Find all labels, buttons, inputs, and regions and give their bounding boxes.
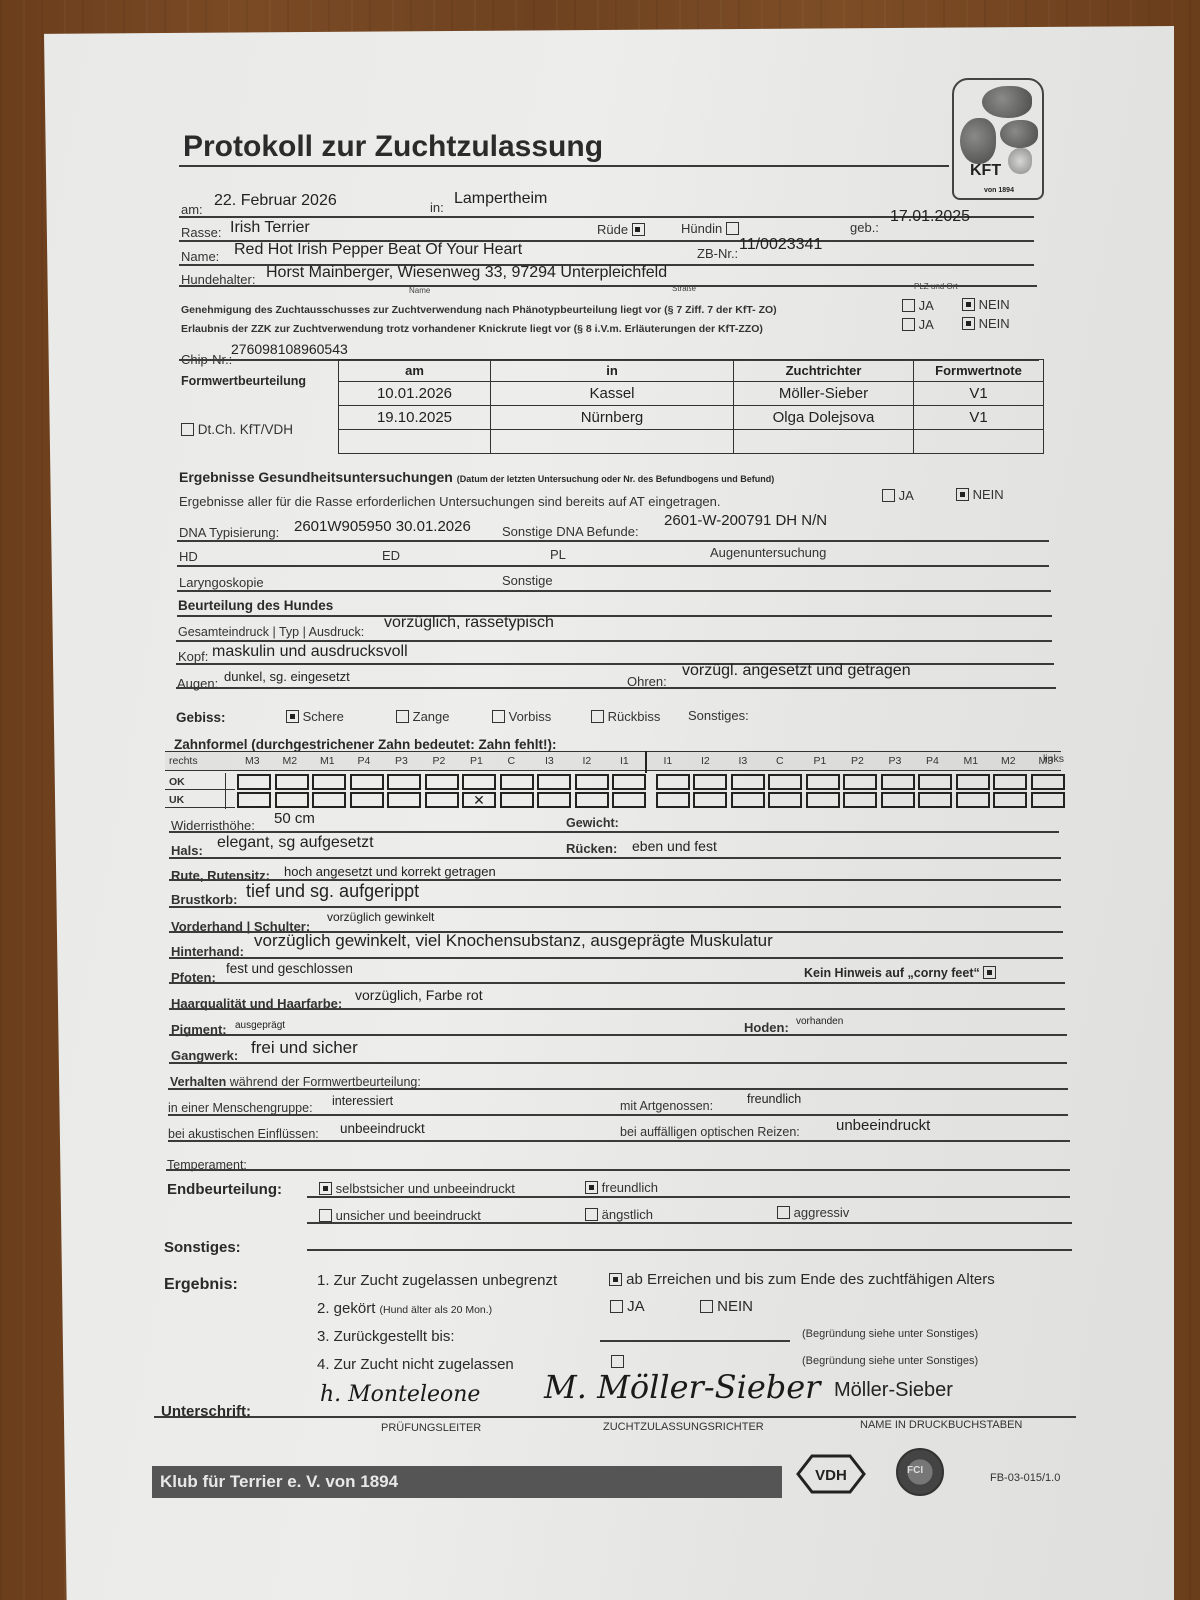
tooth-box-ok[interactable] xyxy=(843,774,877,790)
ja-label: JA xyxy=(919,317,934,332)
approval-2-nein[interactable]: NEIN xyxy=(962,316,1010,331)
male-label: Rüde xyxy=(597,222,628,237)
rule xyxy=(169,1008,1065,1010)
result-item-3-note: (Begründung siehe unter Sonstiges) xyxy=(802,1328,978,1340)
yorkie-head-icon xyxy=(1008,148,1032,174)
terrier-head-icon xyxy=(982,86,1032,118)
at-text: Ergebnisse aller für die Rasse erforderl… xyxy=(179,494,721,509)
laryn-label: Laryngoskopie xyxy=(179,575,264,590)
ed-label: ED xyxy=(382,548,400,563)
other-dna-label: Sonstige DNA Befunde: xyxy=(502,524,639,539)
tooth-box-uk[interactable] xyxy=(993,792,1027,808)
tooth-box-ok[interactable] xyxy=(993,774,1027,790)
final-option-aggressive[interactable]: aggressiv xyxy=(777,1205,849,1220)
final-option-friendly[interactable]: freundlich xyxy=(585,1180,658,1195)
bite-option-rueckbiss[interactable]: Rückbiss xyxy=(591,709,660,724)
dna-value[interactable]: 2601W905950 30.01.2026 xyxy=(294,518,471,535)
chip-value[interactable]: 276098108960543 xyxy=(231,341,348,357)
tooth-header: I2 xyxy=(583,755,592,767)
overall-label: Gesamteindruck | Typ | Ausdruck: xyxy=(178,625,364,639)
cell-date[interactable]: 19.10.2025 xyxy=(339,406,491,430)
tooth-box-uk[interactable] xyxy=(237,792,271,808)
coat-value[interactable]: vorzüglich, Farbe rot xyxy=(355,987,483,1003)
date-label: am: xyxy=(181,202,203,217)
height-value[interactable]: 50 cm xyxy=(274,810,315,827)
bite-label: Gebiss: xyxy=(176,710,226,725)
weight-label: Gewicht: xyxy=(566,816,619,830)
aggressive-checkbox[interactable] xyxy=(777,1206,790,1219)
tooth-box-uk[interactable] xyxy=(275,792,309,808)
male-option[interactable]: Rüde xyxy=(597,222,645,237)
optical-value[interactable]: unbeeindruckt xyxy=(836,1117,930,1134)
table-row: 10.01.2026 Kassel Möller-Sieber V1 xyxy=(339,382,1044,406)
result-item-1: 1. Zur Zucht zugelassen unbegrenzt xyxy=(317,1272,557,1289)
final-option-anxious[interactable]: ängstlich xyxy=(585,1207,653,1222)
breed-value[interactable]: Irish Terrier xyxy=(230,219,310,237)
cell-judge[interactable] xyxy=(734,430,914,454)
pigment-value[interactable]: ausgeprägt xyxy=(235,1020,285,1031)
uk-label: UK xyxy=(169,794,184,806)
champion-option[interactable]: Dt.Ch. KfT/VDH xyxy=(181,422,293,437)
final-option-selfconfident[interactable]: selbstsicher und unbeeindruckt xyxy=(319,1181,515,1196)
head-label: Kopf: xyxy=(178,649,208,664)
insecure-checkbox[interactable] xyxy=(319,1209,332,1222)
corny-option[interactable]: Kein Hinweis auf „corny feet“ xyxy=(804,966,996,980)
insecure-label: unsicher und beeindruckt xyxy=(336,1208,481,1223)
role-judge: ZUCHTZULASSUNGSRICHTER xyxy=(603,1421,764,1433)
tooth-header: I2 xyxy=(701,755,710,767)
rule xyxy=(169,1062,1067,1064)
tooth-header: I1 xyxy=(620,755,629,767)
form-code: FB-03-015/1.0 xyxy=(990,1472,1060,1484)
tooth-box-ok[interactable] xyxy=(312,774,346,790)
tooth-box-ok[interactable] xyxy=(462,774,496,790)
tooth-box-uk[interactable] xyxy=(612,792,646,808)
nein-label: NEIN xyxy=(979,297,1010,312)
role-examiner: PRÜFUNGSLEITER xyxy=(381,1422,481,1434)
female-label: Hündin xyxy=(681,221,722,236)
tooth-header: P2 xyxy=(851,755,864,767)
approval-1-nein[interactable]: NEIN xyxy=(962,297,1010,312)
tooth-box-ok[interactable] xyxy=(806,774,840,790)
formwert-label: Formwertbeurteilung xyxy=(181,374,306,388)
testicles-label: Hoden: xyxy=(744,1020,789,1035)
rule xyxy=(307,1249,1072,1251)
name-label: Name: xyxy=(181,249,219,264)
rear-value[interactable]: vorzüglich gewinkelt, viel Knochensubsta… xyxy=(254,931,773,951)
bite-option-zange[interactable]: Zange xyxy=(396,709,450,724)
fci-logo-icon: FCI xyxy=(896,1448,944,1496)
cell-grade[interactable]: V1 xyxy=(914,382,1044,406)
tooth-header: P4 xyxy=(358,755,371,767)
vorbiss-checkbox[interactable] xyxy=(492,710,505,723)
rueckbiss-label: Rückbiss xyxy=(608,709,661,724)
result-item-2: 2. gekört (Hund älter als 20 Mon.) xyxy=(317,1300,492,1317)
koer-nein-checkbox[interactable] xyxy=(700,1300,713,1313)
rule xyxy=(169,982,1065,984)
rule xyxy=(177,590,1051,592)
final-label: Endbeurteilung: xyxy=(167,1181,282,1198)
friendly-checkbox[interactable] xyxy=(585,1181,598,1194)
kft-logo: KFT von 1894 xyxy=(952,78,1044,200)
rule xyxy=(169,857,1061,859)
result-item-1-checkbox[interactable] xyxy=(609,1273,622,1286)
cell-grade[interactable] xyxy=(914,430,1044,454)
dna-label: DNA Typisierung: xyxy=(179,525,279,540)
table-row xyxy=(339,430,1044,454)
deferred-until-field[interactable] xyxy=(600,1340,790,1342)
cell-date[interactable]: 10.01.2026 xyxy=(339,382,491,406)
tooth-box-ok[interactable] xyxy=(731,774,765,790)
cell-judge[interactable]: Olga Dolejsova xyxy=(734,406,914,430)
eyes-label: Augen: xyxy=(177,676,218,691)
corny-label: Kein Hinweis auf „corny feet“ xyxy=(804,966,980,980)
female-option[interactable]: Hündin xyxy=(681,221,739,236)
tooth-box-ok[interactable] xyxy=(537,774,571,790)
rueckbiss-checkbox[interactable] xyxy=(591,710,604,723)
tooth-box-uk[interactable] xyxy=(425,792,459,808)
place-label: in: xyxy=(430,200,444,215)
rule xyxy=(177,565,1049,567)
result-item-2-label: 2. gekört xyxy=(317,1300,375,1317)
dogs-value[interactable]: freundlich xyxy=(747,1092,801,1106)
nein-label: NEIN xyxy=(973,487,1004,502)
rule xyxy=(169,1034,1067,1036)
sub-plz: PLZ und Ort xyxy=(914,282,958,291)
schere-checkbox[interactable] xyxy=(286,710,299,723)
ears-value[interactable]: vorzügl. angesetzt und getragen xyxy=(682,662,911,680)
tooth-box-ok[interactable] xyxy=(275,774,309,790)
group-value[interactable]: interessiert xyxy=(332,1094,393,1108)
rule xyxy=(168,1140,1070,1142)
anxious-checkbox[interactable] xyxy=(585,1208,598,1221)
neck-value[interactable]: elegant, sg aufgesetzt xyxy=(217,834,374,852)
zb-label: ZB-Nr.: xyxy=(697,246,738,261)
result-item-1-option[interactable]: ab Erreichen und bis zum Ende des zuchtf… xyxy=(609,1271,995,1288)
rule xyxy=(169,831,1059,833)
tooth-box-uk-missing[interactable]: ✕ xyxy=(462,792,496,808)
tooth-header: P3 xyxy=(889,755,902,767)
optical-label: bei auffälligen optischen Reizen: xyxy=(620,1125,800,1139)
chest-label: Brustkorb: xyxy=(171,892,237,907)
tooth-box-ok[interactable] xyxy=(500,774,534,790)
champion-checkbox[interactable] xyxy=(181,423,194,436)
selfconfident-checkbox[interactable] xyxy=(319,1182,332,1195)
result-label: Ergebnis: xyxy=(164,1276,238,1294)
tooth-header: M1 xyxy=(320,755,335,767)
tooth-header: C xyxy=(776,755,784,767)
zange-label: Zange xyxy=(413,709,450,724)
male-checkbox[interactable] xyxy=(632,223,645,236)
rule xyxy=(176,640,1052,642)
behavior-title: Verhalten während der Formwertbeurteilun… xyxy=(170,1075,421,1089)
tooth-box-uk[interactable] xyxy=(350,792,384,808)
not-approved-checkbox[interactable] xyxy=(611,1355,624,1368)
teeth-col-divider xyxy=(225,773,226,809)
ja-label: JA xyxy=(627,1298,645,1315)
col-judge: Zuchtrichter xyxy=(734,360,914,382)
at-nein-checkbox[interactable] xyxy=(956,488,969,501)
tooth-box-uk[interactable] xyxy=(500,792,534,808)
club-footer-bar: Klub für Terrier e. V. von 1894 xyxy=(152,1466,782,1498)
dog-name-value[interactable]: Red Hot Irish Pepper Beat Of Your Heart xyxy=(234,241,522,259)
tooth-header: I1 xyxy=(664,755,673,767)
group-label: in einer Menschengruppe: xyxy=(168,1101,313,1115)
rule xyxy=(307,1222,1072,1224)
behavior-title-rest: während der Formwertbeurteilung: xyxy=(230,1075,421,1089)
selfconfident-label: selbstsicher und unbeeindruckt xyxy=(336,1181,515,1196)
tooth-header: C xyxy=(508,755,516,767)
tooth-box-uk[interactable] xyxy=(731,792,765,808)
rule xyxy=(166,1169,1070,1171)
approval-1-ja-checkbox[interactable] xyxy=(902,299,915,312)
tooth-box-ok[interactable] xyxy=(425,774,459,790)
cell-place[interactable]: Nürnberg xyxy=(491,406,734,430)
printed-name[interactable]: Möller-Sieber xyxy=(834,1379,953,1402)
cell-date[interactable] xyxy=(339,430,491,454)
tooth-header: P2 xyxy=(433,755,446,767)
place-value[interactable]: Lampertheim xyxy=(454,190,547,208)
tooth-header: I3 xyxy=(739,755,748,767)
eyes-value[interactable]: dunkel, sg. eingesetzt xyxy=(224,669,350,684)
tooth-box-ok[interactable] xyxy=(956,774,990,790)
birth-label: geb.: xyxy=(850,220,879,235)
teeth-chart: rechtslinksM3M2M1P4P3P2P1CI3I2I1I1I2I3CP… xyxy=(165,749,1061,815)
eye-label: Augenuntersuchung xyxy=(710,545,826,560)
bite-option-vorbiss[interactable]: Vorbiss xyxy=(492,709,551,724)
nein-label: NEIN xyxy=(979,316,1010,331)
signature-examiner: h. Monteleone xyxy=(320,1382,480,1407)
tooth-box-uk[interactable] xyxy=(693,792,727,808)
assessment-title: Beurteilung des Hundes xyxy=(178,598,333,613)
scottie-head-icon xyxy=(960,118,996,164)
tooth-header: M3 xyxy=(1039,755,1054,767)
tooth-box-uk[interactable] xyxy=(575,792,609,808)
champion-label: Dt.Ch. KfT/VDH xyxy=(198,422,293,437)
dogs-label: mit Artgenossen: xyxy=(620,1099,713,1113)
tooth-header: M2 xyxy=(1001,755,1016,767)
tooth-box-uk[interactable] xyxy=(768,792,802,808)
teeth-right-label: rechts xyxy=(169,755,198,767)
tooth-box-uk[interactable] xyxy=(387,792,421,808)
role-printed-name: NAME IN DRUCKBUCHSTABEN xyxy=(860,1419,1022,1431)
table-row: 19.10.2025 Nürnberg Olga Dolejsova V1 xyxy=(339,406,1044,430)
back-label: Rücken: xyxy=(566,841,617,856)
sub-street: Straße xyxy=(672,284,696,293)
birth-value[interactable]: 17.01.2025 xyxy=(890,208,970,226)
logo-text: KFT xyxy=(970,162,1001,180)
result-item-2-ja[interactable]: JA xyxy=(610,1298,645,1315)
breed-label: Rasse: xyxy=(181,225,221,240)
col-am: am xyxy=(339,360,491,382)
behavior-title-bold: Verhalten xyxy=(170,1075,226,1089)
rule xyxy=(307,1196,1070,1198)
rule xyxy=(168,1114,1068,1116)
anxious-label: ängstlich xyxy=(602,1207,653,1222)
tooth-box-ok[interactable] xyxy=(693,774,727,790)
cell-place[interactable] xyxy=(491,430,734,454)
approval-1-ja[interactable]: JA xyxy=(902,298,934,313)
tooth-box-ok[interactable] xyxy=(918,774,952,790)
acoustic-label: bei akustischen Einflüssen: xyxy=(168,1127,319,1141)
tooth-box-ok[interactable] xyxy=(575,774,609,790)
gait-label: Gangwerk: xyxy=(171,1048,238,1063)
at-nein[interactable]: NEIN xyxy=(956,487,1004,502)
owner-value[interactable]: Horst Mainberger, Wiesenweg 33, 97294 Un… xyxy=(266,264,667,282)
tooth-header: M2 xyxy=(283,755,298,767)
corny-checkbox[interactable] xyxy=(983,966,996,979)
tooth-header: P3 xyxy=(395,755,408,767)
vorbiss-label: Vorbiss xyxy=(509,709,552,724)
date-value[interactable]: 22. Februar 2026 xyxy=(214,192,337,210)
result-item-2-note: (Hund älter als 20 Mon.) xyxy=(380,1304,493,1316)
approval-text-2: Erlaubnis der ZZK zur Zuchtverwendung tr… xyxy=(181,323,763,335)
at-ja[interactable]: JA xyxy=(882,488,914,503)
acoustic-value[interactable]: unbeeindruckt xyxy=(340,1121,425,1136)
tooth-box-ok[interactable] xyxy=(237,774,271,790)
testicles-value[interactable]: vorhanden xyxy=(796,1016,843,1027)
front-value[interactable]: vorzüglich gewinkelt xyxy=(327,910,434,924)
rule xyxy=(177,615,1052,617)
final-other-label: Sonstiges: xyxy=(164,1239,241,1256)
tooth-header: M3 xyxy=(245,755,260,767)
result-item-1-option-label: ab Erreichen und bis zum Ende des zuchtf… xyxy=(626,1271,995,1288)
rule xyxy=(168,1088,1068,1090)
rule xyxy=(169,906,1061,908)
sub-name: Name xyxy=(409,286,430,295)
formwert-table: am in Zuchtrichter Formwertnote 10.01.20… xyxy=(338,359,1044,454)
tooth-box-ok[interactable] xyxy=(881,774,915,790)
aggressive-label: aggressiv xyxy=(794,1205,850,1220)
nein-label: NEIN xyxy=(717,1298,753,1315)
pl-label: PL xyxy=(550,547,566,562)
other-dna-value[interactable]: 2601-W-200791 DH N/N xyxy=(664,512,827,529)
tooth-header: P4 xyxy=(926,755,939,767)
tooth-box-ok[interactable] xyxy=(387,774,421,790)
tooth-header: I3 xyxy=(545,755,554,767)
final-option-insecure[interactable]: unsicher und beeindruckt xyxy=(319,1208,481,1223)
tooth-box-uk[interactable] xyxy=(1031,792,1065,808)
approval-1-nein-checkbox[interactable] xyxy=(962,298,975,311)
signature-judge: M. Möller-Sieber xyxy=(544,1368,820,1406)
tooth-header: P1 xyxy=(470,755,483,767)
tooth-box-uk[interactable] xyxy=(312,792,346,808)
bite-other-label: Sonstiges: xyxy=(688,708,749,723)
hd-label: HD xyxy=(179,549,198,564)
tooth-box-uk[interactable] xyxy=(843,792,877,808)
tooth-box-ok[interactable] xyxy=(612,774,646,790)
ja-label: JA xyxy=(899,488,914,503)
bite-option-schere[interactable]: Schere xyxy=(286,709,344,724)
col-grade: Formwertnote xyxy=(914,360,1044,382)
tooth-box-ok[interactable] xyxy=(350,774,384,790)
back-value[interactable]: eben und fest xyxy=(632,838,717,854)
result-item-3: 3. Zurückgestellt bis: xyxy=(317,1328,455,1345)
rule xyxy=(179,285,1037,287)
title-underline xyxy=(179,165,949,167)
koer-ja-checkbox[interactable] xyxy=(610,1300,623,1313)
tooth-box-uk[interactable] xyxy=(956,792,990,808)
tooth-box-uk[interactable] xyxy=(918,792,952,808)
neck-label: Hals: xyxy=(171,843,203,858)
approval-2-nein-checkbox[interactable] xyxy=(962,317,975,330)
tooth-box-uk[interactable] xyxy=(537,792,571,808)
approval-2-ja[interactable]: JA xyxy=(902,317,934,332)
result-item-4: 4. Zur Zucht nicht zugelassen xyxy=(317,1356,514,1373)
schere-label: Schere xyxy=(303,709,344,724)
at-ja-checkbox[interactable] xyxy=(882,489,895,502)
friendly-label: freundlich xyxy=(602,1180,658,1195)
approval-2-ja-checkbox[interactable] xyxy=(902,318,915,331)
vdh-logo-icon: VDH xyxy=(794,1452,868,1496)
teeth-midline xyxy=(645,751,647,773)
health-title-text: Ergebnisse Gesundheitsuntersuchungen xyxy=(179,469,453,485)
chest-value[interactable]: tief und sg. aufgerippt xyxy=(246,881,419,902)
head-value[interactable]: maskulin und ausdrucksvoll xyxy=(212,643,408,661)
fci-logo-text: FCI xyxy=(907,1465,923,1476)
terrier-head-icon-2 xyxy=(1000,120,1038,148)
health-title-note: (Datum der letzten Untersuchung oder Nr.… xyxy=(457,474,775,484)
tooth-box-ok[interactable] xyxy=(768,774,802,790)
health-title: Ergebnisse Gesundheitsuntersuchungen (Da… xyxy=(179,469,774,485)
tooth-header: P1 xyxy=(814,755,827,767)
paws-value[interactable]: fest und geschlossen xyxy=(226,961,353,976)
col-in: in xyxy=(491,360,734,382)
rule xyxy=(177,540,1049,542)
rule xyxy=(169,957,1063,959)
cell-place[interactable]: Kassel xyxy=(491,382,734,406)
female-checkbox[interactable] xyxy=(726,222,739,235)
tooth-box-ok[interactable] xyxy=(1031,774,1065,790)
ja-label: JA xyxy=(919,298,934,313)
rule xyxy=(176,663,1054,665)
tooth-header: M1 xyxy=(964,755,979,767)
tail-value[interactable]: hoch angesetzt und korrekt getragen xyxy=(284,864,496,879)
formwert-header-row: am in Zuchtrichter Formwertnote xyxy=(339,360,1044,382)
ok-label: OK xyxy=(169,776,185,788)
document-sheet: Protokoll zur Zuchtzulassung KFT von 189… xyxy=(44,26,1174,1600)
zange-checkbox[interactable] xyxy=(396,710,409,723)
rule xyxy=(176,687,1056,689)
svg-text:VDH: VDH xyxy=(815,1467,847,1484)
tooth-box-uk[interactable] xyxy=(656,792,690,808)
overall-value[interactable]: vorzüglich, rassetypisch xyxy=(384,614,554,632)
gait-value[interactable]: frei und sicher xyxy=(251,1038,358,1058)
zb-value[interactable]: 11/0023341 xyxy=(739,236,822,254)
cell-grade[interactable]: V1 xyxy=(914,406,1044,430)
tooth-box-uk[interactable] xyxy=(806,792,840,808)
tooth-box-ok[interactable] xyxy=(656,774,690,790)
result-item-2-nein[interactable]: NEIN xyxy=(700,1298,753,1315)
page-title: Protokoll zur Zuchtzulassung xyxy=(183,130,603,164)
cell-judge[interactable]: Möller-Sieber xyxy=(734,382,914,406)
approval-text-1: Genehmigung des Zuchtausschusses zur Zuc… xyxy=(181,304,777,316)
rule xyxy=(154,1416,1076,1418)
logo-subtext: von 1894 xyxy=(984,187,1014,194)
health-other-label: Sonstige xyxy=(502,573,553,588)
result-item-4-note: (Begründung siehe unter Sonstiges) xyxy=(802,1355,978,1367)
tooth-box-uk[interactable] xyxy=(881,792,915,808)
